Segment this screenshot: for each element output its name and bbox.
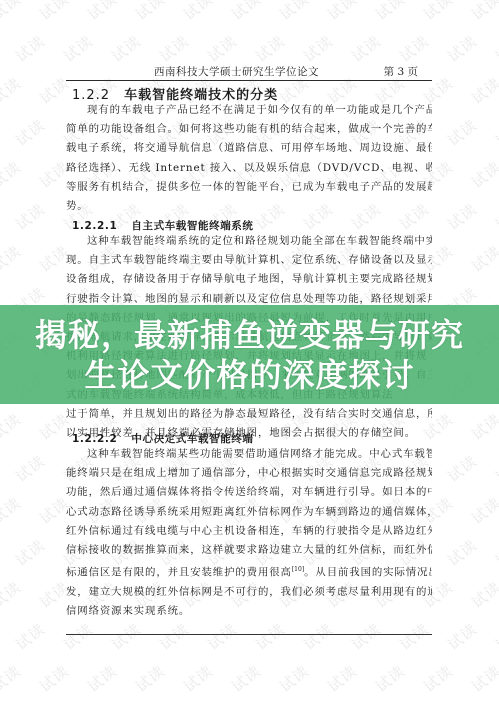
- text-line: 功能，然后通过通信媒体将指令传送给终端，对车辆进行引导。如日本的中: [66, 483, 432, 502]
- watermark-text: 试读: [467, 0, 499, 25]
- watermark-text: 试读: [443, 114, 481, 150]
- watermark-text: 试读: [0, 492, 25, 528]
- watermark-text: 试读: [443, 534, 481, 570]
- text-line: 设备组成，存储设备用于存储导航电子地图，导航计算机主要完成路径规划、: [66, 270, 432, 289]
- text-line: 这种车载智能终端某些功能需要借助通信网络才能完成。中心式车载智: [66, 445, 432, 464]
- watermark-text: 试读: [0, 240, 25, 276]
- text-line: 信标接收的数据推算而来，这样就要求路边建立大量的红外信标，而红外信: [66, 541, 432, 560]
- citation-marker: [10]: [292, 566, 304, 573]
- watermark-text: 试读: [11, 198, 49, 234]
- watermark-text: 试读: [467, 576, 499, 612]
- watermark-text: 试读: [0, 72, 25, 108]
- watermark-text: 试读: [0, 408, 25, 444]
- subsection-heading-1: 1.2.2.1自主式车载智能终端系统: [72, 218, 254, 233]
- title-banner-overlay: 揭秘，最新捕鱼逆变器与研究 生论文价格的深度探讨: [0, 305, 499, 404]
- watermark-text: 试读: [443, 198, 481, 234]
- watermark-text: 试读: [467, 660, 499, 696]
- watermark-text: 试读: [0, 0, 25, 25]
- watermark-text: 试读: [467, 72, 499, 108]
- watermark-text: 试读: [11, 30, 49, 66]
- text-segment: 标通信区是有限的，并且安装维护的费用很高: [66, 567, 292, 579]
- subsection-title: 自主式车载智能终端系统: [131, 220, 253, 232]
- running-head-title: 西南科技大学硕士研究生学位论文: [154, 64, 319, 79]
- text-line: 现有的车载电子产品已经不在满足于如今仅有的单一功能或是几个产品: [66, 101, 432, 120]
- text-line: 简单的功能设备组合。如何将这些功能有机的结合起来，做成一个完善的车: [66, 120, 432, 139]
- text-line: 过于简单，并且规划出的路径为静态最短路径，没有结合实时交通信息，所: [66, 405, 432, 424]
- watermark-text: 试读: [11, 450, 49, 486]
- watermark-text: 试读: [11, 534, 49, 570]
- watermark-text: 试读: [491, 30, 499, 66]
- text-line: 现。自主式车载智能终端主要由导航计算机、定位系统、存储设备以及显示: [66, 251, 432, 270]
- watermark-text: 试读: [0, 576, 25, 612]
- watermark-text: 试读: [0, 156, 25, 192]
- text-line: 发，建立大规模的红外信标网是不可行的，我们必须考虑尽量利用现有的通: [66, 583, 432, 602]
- text-line: 信网络资源来实现系统。: [66, 602, 432, 621]
- text-line: 等服务有机结合，提供多位一体的智能平台，已成为车载电子产品的发展趋: [66, 178, 432, 197]
- text-segment: 。从目前我国的实际情况出: [304, 567, 432, 579]
- section-intro-paragraph: 现有的车载电子产品已经不在满足于如今仅有的单一功能或是几个产品 简单的功能设备组…: [66, 101, 432, 216]
- text-line: 红外信标通过有线电缆与中心主机设备相连，车辆的行驶指令是从路边红外: [66, 522, 432, 541]
- watermark-text: 试读: [467, 156, 499, 192]
- watermark-text: 试读: [443, 30, 481, 66]
- watermark-text: 试读: [491, 114, 499, 150]
- subsection-number: 1.2.2.2: [72, 433, 117, 445]
- watermark-text: 试读: [491, 198, 499, 234]
- watermark-text: 试读: [443, 618, 481, 654]
- watermark-text: 试读: [443, 450, 481, 486]
- footer-rule: [66, 634, 432, 635]
- watermark-text: 试读: [0, 660, 25, 696]
- banner-title-line-1: 揭秘，最新捕鱼逆变器与研究: [35, 315, 464, 355]
- watermark-text: 试读: [11, 114, 49, 150]
- watermark-text: 试读: [11, 618, 49, 654]
- watermark-text: 试读: [467, 240, 499, 276]
- watermark-text: 试读: [467, 408, 499, 444]
- subsection-2-paragraph: 这种车载智能终端某些功能需要借助通信网络才能完成。中心式车载智 能终端只是在组成…: [66, 445, 432, 621]
- watermark-text: 试读: [467, 492, 499, 528]
- subsection-title: 中心决定式车载智能终端: [131, 433, 253, 445]
- text-line: 路径选择）、无线 Internet 接入、以及娱乐信息（DVD/VCD、电视、收…: [66, 159, 432, 178]
- watermark-text: 试读: [491, 450, 499, 486]
- text-line: 心式动态路径诱导系统采用短距离红外信标网作为车辆到路边的通信媒体，: [66, 503, 432, 522]
- running-head: 西南科技大学硕士研究生学位论文 第 3 页: [66, 62, 432, 81]
- text-line: 载电子系统，将交通导航信息（道路信息、可用停车场地、周边设施、最佳: [66, 139, 432, 158]
- page-number: 第 3 页: [384, 64, 418, 79]
- watermark-text: 试读: [491, 534, 499, 570]
- text-line: 能终端只是在组成上增加了通信部分，中心根据实时交通信息完成路径规划: [66, 464, 432, 483]
- text-line: 势。: [66, 197, 432, 216]
- text-line-with-citation: 标通信区是有限的，并且安装维护的费用很高[10]。从目前我国的实际情况出: [66, 560, 432, 583]
- subsection-number: 1.2.2.1: [72, 220, 117, 232]
- watermark-text: 试读: [491, 618, 499, 654]
- subsection-heading-2: 1.2.2.2中心决定式车载智能终端: [72, 431, 254, 446]
- banner-title-line-2: 生论文价格的深度探讨: [84, 355, 414, 395]
- text-line: 这种车载智能终端系统的定位和路径规划功能全部在车载智能终端中实: [66, 232, 432, 251]
